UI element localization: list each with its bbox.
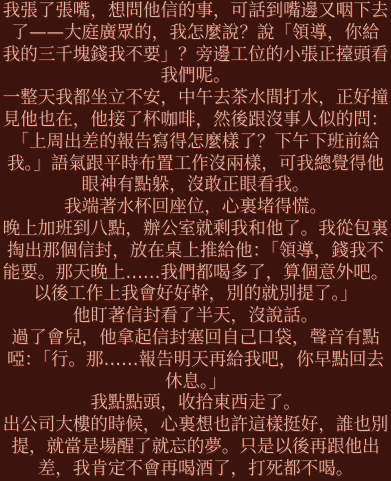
text-line: 提，就當是場醒了就忘的夢。只是以後再跟他出	[0, 437, 391, 459]
text-line: 我的三千塊錢我不要」？旁邊工位的小張正擡頭看	[0, 45, 391, 67]
text-line: 我張了張嘴，想問他信的事，可話到嘴邊又咽下去	[0, 1, 391, 23]
text-line: 出公司大樓的時候，心裏想也許這樣挺好，誰也別	[0, 415, 391, 437]
text-line: 我。」語氣跟平時布置工作沒兩樣，可我總覺得他	[0, 154, 391, 176]
text-line: 見他也在，他接了杯咖啡，然後跟沒事人似的問：	[0, 110, 391, 132]
text-line: 他盯著信封看了半天，沒說話。	[0, 306, 391, 328]
text-line: 我點點頭，收拾東西走了。	[0, 393, 391, 415]
reader-page: 我張了張嘴，想問他信的事，可話到嘴邊又咽下去 了——大庭廣眾的，我怎麼說？說「領…	[0, 0, 391, 481]
text-line: 以後工作上我會好好幹，別的就別提了。」	[0, 284, 391, 306]
text-line: 過了會兒，他拿起信封塞回自己口袋，聲音有點	[0, 328, 391, 350]
text-line: 休息。」	[0, 372, 391, 394]
text-line: 能要。那天晚上……我們都喝多了，算個意外吧。	[0, 263, 391, 285]
text-line: 晚上加班到八點，辦公室就剩我和他了。我從包裏	[0, 219, 391, 241]
text-line: 我們呢。	[0, 66, 391, 88]
text-line: 我端著水杯回座位，心裏堵得慌。	[0, 197, 391, 219]
text-line: 眼神有點躲，沒敢正眼看我。	[0, 175, 391, 197]
text-line: 差，我肯定不會再喝酒了，打死都不喝。	[0, 459, 391, 481]
text-line: 「上周出差的報告寫得怎麼樣了？下午下班前給	[0, 132, 391, 154]
text-line: 啞：「行。那……報告明天再給我吧，你早點回去	[0, 350, 391, 372]
text-line: 了——大庭廣眾的，我怎麼說？說「領導，你給	[0, 23, 391, 45]
text-line: 一整天我都坐立不安，中午去茶水間打水，正好撞	[0, 88, 391, 110]
text-line: 掏出那個信封，放在桌上推給他：「領導，錢我不	[0, 241, 391, 263]
